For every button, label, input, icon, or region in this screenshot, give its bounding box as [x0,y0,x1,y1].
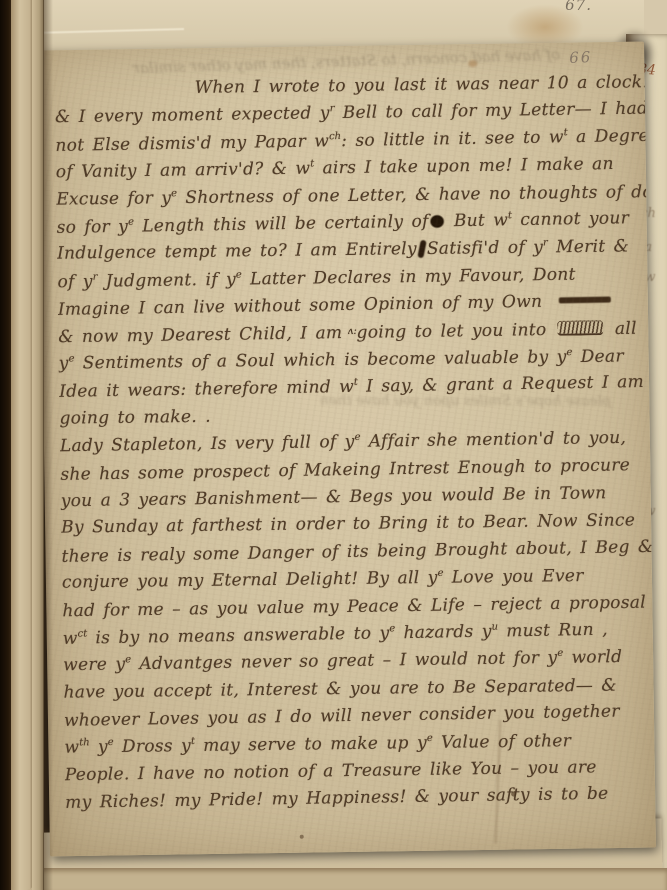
letter-line: going to make. . [59,401,649,429]
ink-blot [430,214,445,228]
letter-line: were ye Advantges never so great – I wou… [63,647,653,676]
letter-line: whoever Loves you as I do will never con… [64,701,654,731]
letter-line: & now my Dearest Child, I am going to le… [58,318,648,347]
letter-line: not Else dismis'd my Papar wch: so littl… [55,126,645,156]
page-number-top: 67. [565,0,592,14]
heavy-dash [558,297,610,304]
letter-line: there is realy some Danger of its being … [61,537,651,567]
letter-line: my Riches! my Pride! my Happiness! & you… [65,783,655,813]
letter-line: Idea it wears: therefore mind wt I say, … [59,372,649,402]
binding-strip [43,0,53,890]
letter-line: Imagine I can live without some Opinion … [58,290,648,320]
letter-line: she has some prospect of Makeing Intrest… [60,454,650,484]
paper-stain [300,835,304,839]
letter-line: have you accept it, Interest & you are t… [63,675,653,703]
letter-line: When I wrote to you last it was near 10 … [55,72,645,100]
bottom-page-edge-2 [0,868,667,890]
letter-page: 66 of have had concern, to Statters, the… [38,42,656,857]
letter-line: so for ye Length this will be certainly … [57,208,647,238]
letter-line: By Sunday at farthest in order to Bring … [61,511,651,539]
letter-line: ye Sentiments of a Soul which is become … [59,346,649,374]
paper-edge-highlight [34,28,184,34]
letter-line: People. I have no notion of a Treasure l… [65,756,655,785]
letter-line: & I every moment expected yr Bell to cal… [55,99,645,128]
letter-line: wth ye Dross yt may serve to make up ye … [64,730,654,758]
letter-line: Lady Stapleton, Is very full of ye Affai… [60,428,650,457]
book-binding-edge [0,0,52,890]
letter-line: had for me – as you value my Peace & Lif… [62,592,652,621]
letter-line: Excuse for ye Shortness of one Letter, &… [56,182,646,210]
letter-line: of Vanity I am arriv'd? & wt airs I take… [56,154,646,183]
letter-text: When I wrote to you last it was near 10 … [38,42,656,857]
letter-line: you a 3 years Banishment— & Begs you wou… [61,483,651,512]
letter-line: of yr Judgment. if ye Latter Declares in… [57,263,647,292]
letter-line: wct is by no means answerable to ye haza… [63,619,653,649]
ink-blot [417,240,426,259]
letter-line: conjure you my Eternal Delight! By all y… [62,565,652,593]
scribbled-out-word [558,320,604,336]
letter-line: Indulgence tempt me to? I am EntirelySat… [57,237,647,265]
binding-strip [11,0,33,890]
manuscript-photo: 67. 84 2:ichpahwTwy-hwagm,wo 66 of have … [0,0,667,890]
paper-stain [511,792,516,797]
